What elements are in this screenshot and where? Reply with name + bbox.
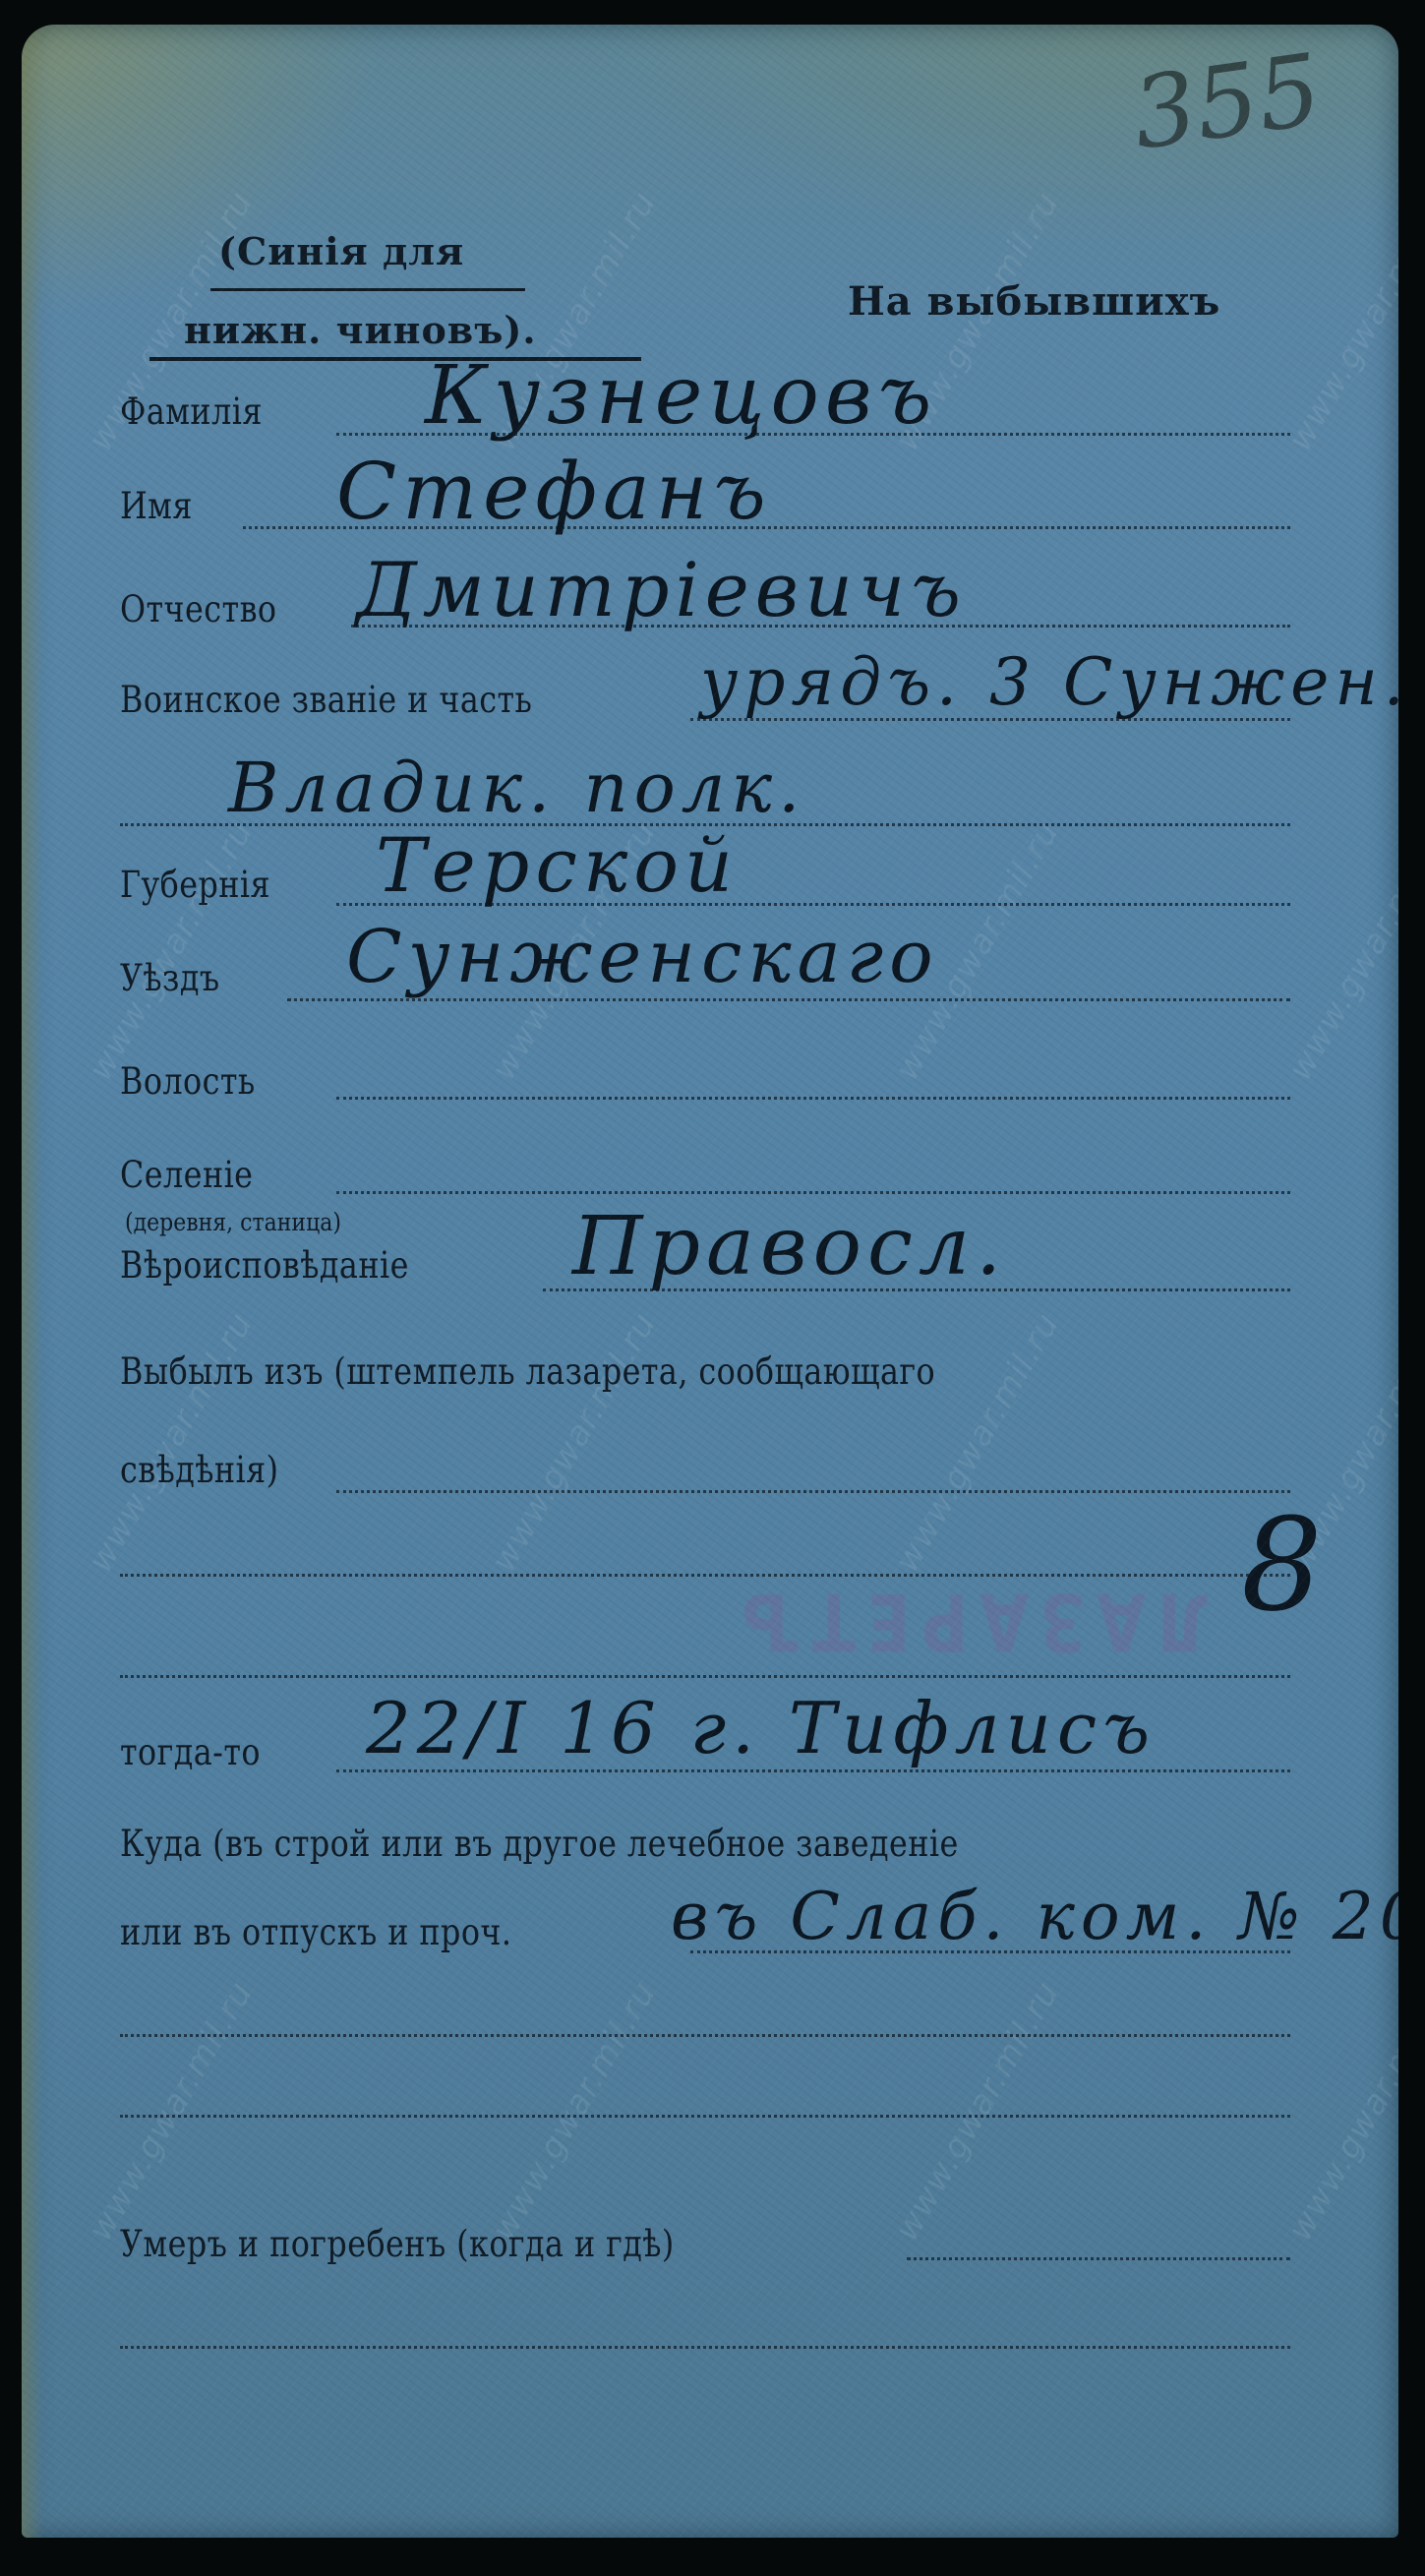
volost-label: Волость bbox=[120, 1060, 256, 1103]
card-type-label: (Синія для bbox=[218, 229, 464, 273]
religion-label: Вѣроисповѣданіе bbox=[120, 1244, 409, 1287]
watermark: www.gwar.mil.ru bbox=[484, 1975, 664, 2247]
discharged-from-line bbox=[336, 1490, 1290, 1493]
watermark: www.gwar.mil.ru bbox=[81, 814, 261, 1087]
hospital-stamp: ЛАЗАРЕТЪ bbox=[730, 1575, 1210, 1666]
province-value: Терской bbox=[376, 821, 739, 909]
discharged-from-value: 8 bbox=[1241, 1490, 1329, 1640]
destination-label-2: или въ отпускъ и проч. bbox=[120, 1911, 511, 1953]
destination-line-2 bbox=[120, 2034, 1290, 2037]
district-label: Уѣздъ bbox=[120, 957, 220, 999]
died-buried-line-2 bbox=[120, 2346, 1290, 2349]
surname-label: Фамилія bbox=[120, 390, 263, 433]
discharged-from-label: Выбылъ изъ (штемпель лазарета, сообщающа… bbox=[120, 1350, 935, 1393]
watermark: www.gwar.mil.ru bbox=[81, 1306, 261, 1579]
name-label: Имя bbox=[120, 485, 193, 527]
village-label: Селеніе bbox=[120, 1154, 253, 1196]
watermark: www.gwar.mil.ru bbox=[887, 1975, 1067, 2247]
died-buried-label: Умеръ и погребенъ (когда и гдѣ) bbox=[120, 2223, 675, 2265]
name-value: Стефанъ bbox=[336, 446, 772, 537]
surname-value: Кузнецовъ bbox=[425, 349, 937, 443]
volost-line bbox=[336, 1097, 1290, 1100]
rank-unit-label: Воинское званіе и часть bbox=[120, 679, 532, 721]
destination-line-3 bbox=[120, 2115, 1290, 2118]
rank-unit-value-2: Владик. полк. bbox=[228, 748, 805, 828]
watermark: www.gwar.mil.ru bbox=[1280, 185, 1398, 457]
casualty-card: www.gwar.mil.ru www.gwar.mil.ru www.gwar… bbox=[22, 25, 1398, 2538]
patronymic-value: Дмитріевичъ bbox=[356, 546, 967, 633]
card-type-label-2: нижн. чиновъ). bbox=[184, 308, 537, 352]
village-sublabel: (деревня, станица) bbox=[125, 1208, 341, 1236]
paper-edge-tint bbox=[22, 25, 43, 2538]
destination-value: въ Слаб. ком. № 203 bbox=[671, 1879, 1398, 1954]
patronymic-label: Отчество bbox=[120, 588, 277, 630]
watermark: www.gwar.mil.ru bbox=[81, 1975, 261, 2247]
discharged-from-label-2: свѣдѣнія) bbox=[120, 1449, 278, 1491]
header-underline-1 bbox=[210, 288, 525, 291]
discharged-from-line-3 bbox=[120, 1675, 1290, 1678]
when-value: 22/I 16 г. Тифлисъ bbox=[366, 1687, 1156, 1769]
destination-label: Куда (въ строй или въ другое лечебное за… bbox=[120, 1823, 959, 1865]
religion-value: Правосл. bbox=[572, 1200, 1007, 1293]
district-value: Сунженскаго bbox=[346, 915, 939, 999]
watermark: www.gwar.mil.ru bbox=[887, 1306, 1067, 1579]
village-line bbox=[336, 1191, 1290, 1194]
archive-number: 355 bbox=[1126, 31, 1328, 171]
watermark: www.gwar.mil.ru bbox=[484, 1306, 664, 1579]
watermark: www.gwar.mil.ru bbox=[1280, 814, 1398, 1087]
when-label: тогда-то bbox=[120, 1731, 261, 1773]
card-title: На выбывшихъ bbox=[848, 278, 1220, 325]
died-buried-line bbox=[907, 2257, 1290, 2260]
when-line bbox=[336, 1769, 1290, 1772]
watermark: www.gwar.mil.ru bbox=[1280, 1975, 1398, 2247]
rank-unit-value: урядъ. 3 Сунжен. bbox=[700, 644, 1398, 720]
province-label: Губернія bbox=[120, 864, 270, 906]
